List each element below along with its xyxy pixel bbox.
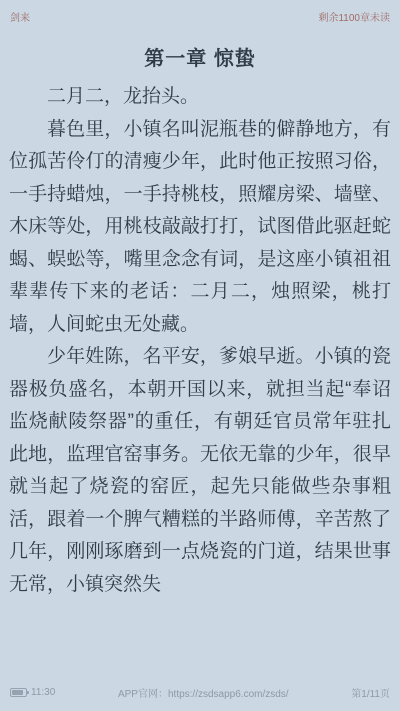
page-indicator: 第1/11页	[351, 685, 390, 700]
app-site-label: APP官网：https://zsdsapp6.com/zsds/	[55, 685, 351, 700]
reading-area[interactable]: 二月二，龙抬头。 暮色里，小镇名叫泥瓶巷的僻静地方，有位孤苦伶仃的清瘦少年，此时…	[0, 77, 400, 601]
clock-time: 11:30	[31, 687, 55, 698]
paragraph: 少年姓陈，名平安，爹娘早逝。小镇的瓷器极负盛名，本朝开国以来，就担当起“奉诏监烧…	[9, 341, 391, 601]
reader-screen: 剑来 剩余1100章未读 第一章 惊蛰 二月二，龙抬头。 暮色里，小镇名叫泥瓶巷…	[0, 0, 400, 711]
battery-fill	[12, 690, 23, 695]
book-title: 剑来	[10, 9, 30, 24]
remaining-chapters-label: 剩余1100章未读	[318, 9, 390, 24]
status-left: 11:30	[10, 687, 55, 698]
reader-bottombar: 11:30 APP官网：https://zsdsapp6.com/zsds/ 第…	[0, 679, 400, 711]
paragraph: 暮色里，小镇名叫泥瓶巷的僻静地方，有位孤苦伶仃的清瘦少年，此时他正按照习俗，一手…	[9, 114, 391, 342]
paragraph: 二月二，龙抬头。	[9, 81, 391, 114]
chapter-title: 第一章 惊蛰	[0, 42, 400, 71]
battery-icon	[10, 688, 27, 697]
reader-topbar: 剑来 剩余1100章未读	[0, 0, 400, 24]
